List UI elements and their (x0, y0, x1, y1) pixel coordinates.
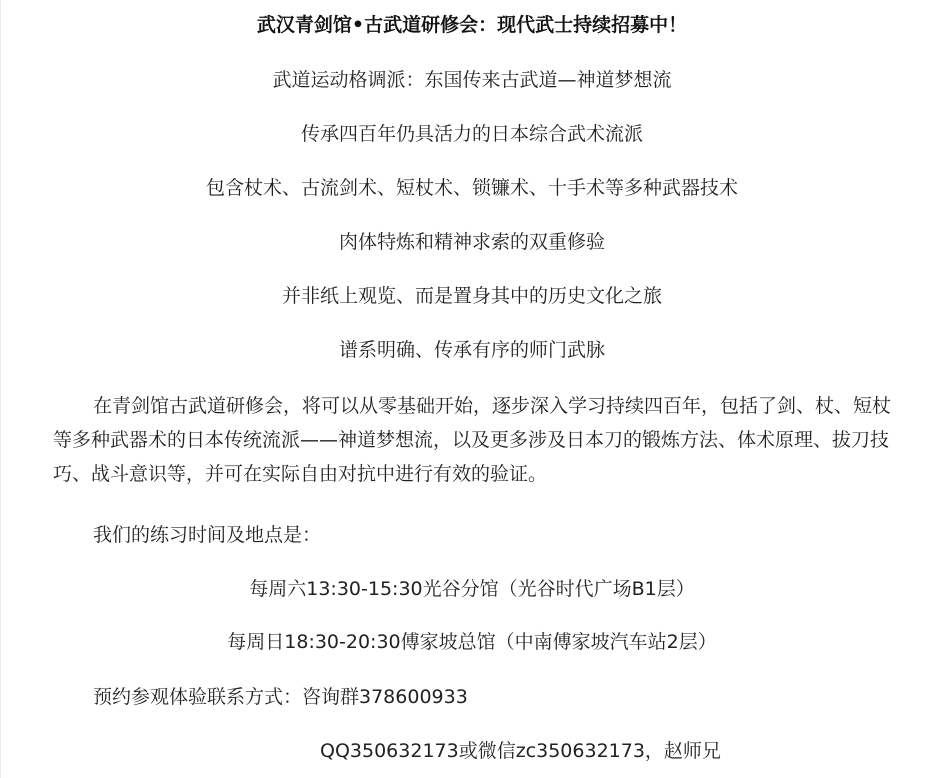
highlight-line: 传承四百年仍具活力的日本综合武术流派 (1, 121, 942, 147)
highlight-line: 肉体特炼和精神求索的双重修验 (1, 229, 942, 255)
contact-detail: QQ350632173或微信zc350632173，赵师兄 (320, 738, 721, 764)
schedule-item-sunday: 每周日18:30-20:30傅家坡总馆（中南傅家坡汽车站2层） (1, 629, 942, 655)
intro-paragraph: 在青剑馆古武道研修会，将可以从零基础开始，逐步深入学习持续四百年，包括了剑、杖、… (53, 389, 895, 491)
highlight-line: 谱系明确、传承有序的师门武脉 (1, 337, 942, 363)
notice-title: 武汉青剑馆•古武道研修会：现代武士持续招募中！ (1, 12, 942, 38)
highlight-line: 并非纸上观览、而是置身其中的历史文化之旅 (1, 283, 942, 309)
schedule-heading: 我们的练习时间及地点是： (93, 522, 321, 548)
schedule-item-saturday: 每周六13:30-15:30光谷分馆（光谷时代广场B1层） (1, 576, 942, 602)
contact-label: 预约参观体验联系方式：咨询群378600933 (93, 684, 468, 710)
highlight-line: 武道运动格调派：东国传来古武道—神道梦想流 (1, 67, 942, 93)
highlight-line: 包含杖术、古流剑术、短杖术、锁镰术、十手术等多种武器技术 (1, 175, 942, 201)
